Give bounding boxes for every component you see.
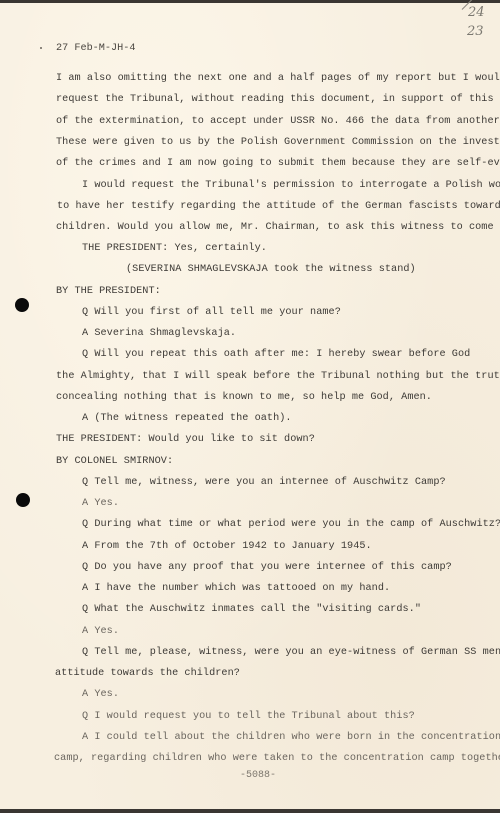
text-line: Q During what time or what period were y… bbox=[82, 519, 500, 531]
text-line: I would request the Tribunal's permissio… bbox=[82, 180, 500, 192]
text-line: of the extermination, to accept under US… bbox=[56, 116, 500, 128]
text-line: A From the 7th of October 1942 to Januar… bbox=[82, 541, 372, 553]
punch-hole bbox=[16, 493, 30, 507]
text-line: A I have the number which was tattooed o… bbox=[82, 583, 390, 595]
text-line: A Severina Shmaglevskaja. bbox=[82, 328, 236, 340]
text-line: Q Tell me, witness, were you an internee… bbox=[82, 477, 446, 489]
text-line: A Yes. bbox=[82, 689, 119, 701]
handwritten-page-number-struck: 24 bbox=[468, 5, 485, 20]
text-line: BY COLONEL SMIRNOV: bbox=[56, 456, 173, 468]
text-line: BY THE PRESIDENT: bbox=[56, 286, 161, 298]
text-line: A (The witness repeated the oath). bbox=[82, 413, 292, 425]
text-line: the Almighty, that I will speak before t… bbox=[56, 371, 500, 383]
handwritten-page-number: 23 bbox=[467, 24, 484, 39]
text-line: to have her testify regarding the attitu… bbox=[57, 201, 500, 213]
punch-hole bbox=[15, 298, 29, 312]
text-line: Q I would request you to tell the Tribun… bbox=[82, 711, 415, 723]
text-line: request the Tribunal, without reading th… bbox=[56, 94, 500, 106]
text-line: THE PRESIDENT: Would you like to sit dow… bbox=[56, 434, 315, 446]
text-line: (SEVERINA SHMAGLEVSKAJA took the witness… bbox=[126, 264, 416, 276]
text-line: children. Would you allow me, Mr. Chairm… bbox=[56, 222, 500, 234]
text-line: I am also omitting the next one and a ha… bbox=[56, 73, 500, 85]
text-line: concealing nothing that is known to me, … bbox=[56, 392, 432, 404]
text-line: THE PRESIDENT: Yes, certainly. bbox=[82, 243, 267, 255]
text-line: of the crimes and I am now going to subm… bbox=[56, 158, 500, 170]
text-line: camp, regarding children who were taken … bbox=[54, 753, 500, 765]
text-line: Q Will you first of all tell me your nam… bbox=[82, 307, 341, 319]
text-line: A I could tell about the children who we… bbox=[82, 732, 500, 744]
text-line: Q Do you have any proof that you were in… bbox=[82, 562, 452, 574]
text-line: Q Will you repeat this oath after me: I … bbox=[82, 349, 470, 361]
text-line: A Yes. bbox=[82, 498, 119, 510]
text-line: Q What the Auschwitz inmates call the "v… bbox=[82, 604, 421, 616]
text-line: Q Tell me, please, witness, were you an … bbox=[82, 647, 500, 659]
document-page: 27 Feb-M-JH-4 24 23 I am also omitting t… bbox=[0, 3, 500, 809]
text-line: A Yes. bbox=[82, 626, 119, 638]
document-reference: 27 Feb-M-JH-4 bbox=[56, 43, 135, 54]
text-line: attitude towards the children? bbox=[55, 668, 240, 680]
page-number: -5088- bbox=[240, 770, 276, 781]
stray-mark bbox=[40, 47, 42, 49]
text-line: These were given to us by the Polish Gov… bbox=[56, 137, 500, 149]
